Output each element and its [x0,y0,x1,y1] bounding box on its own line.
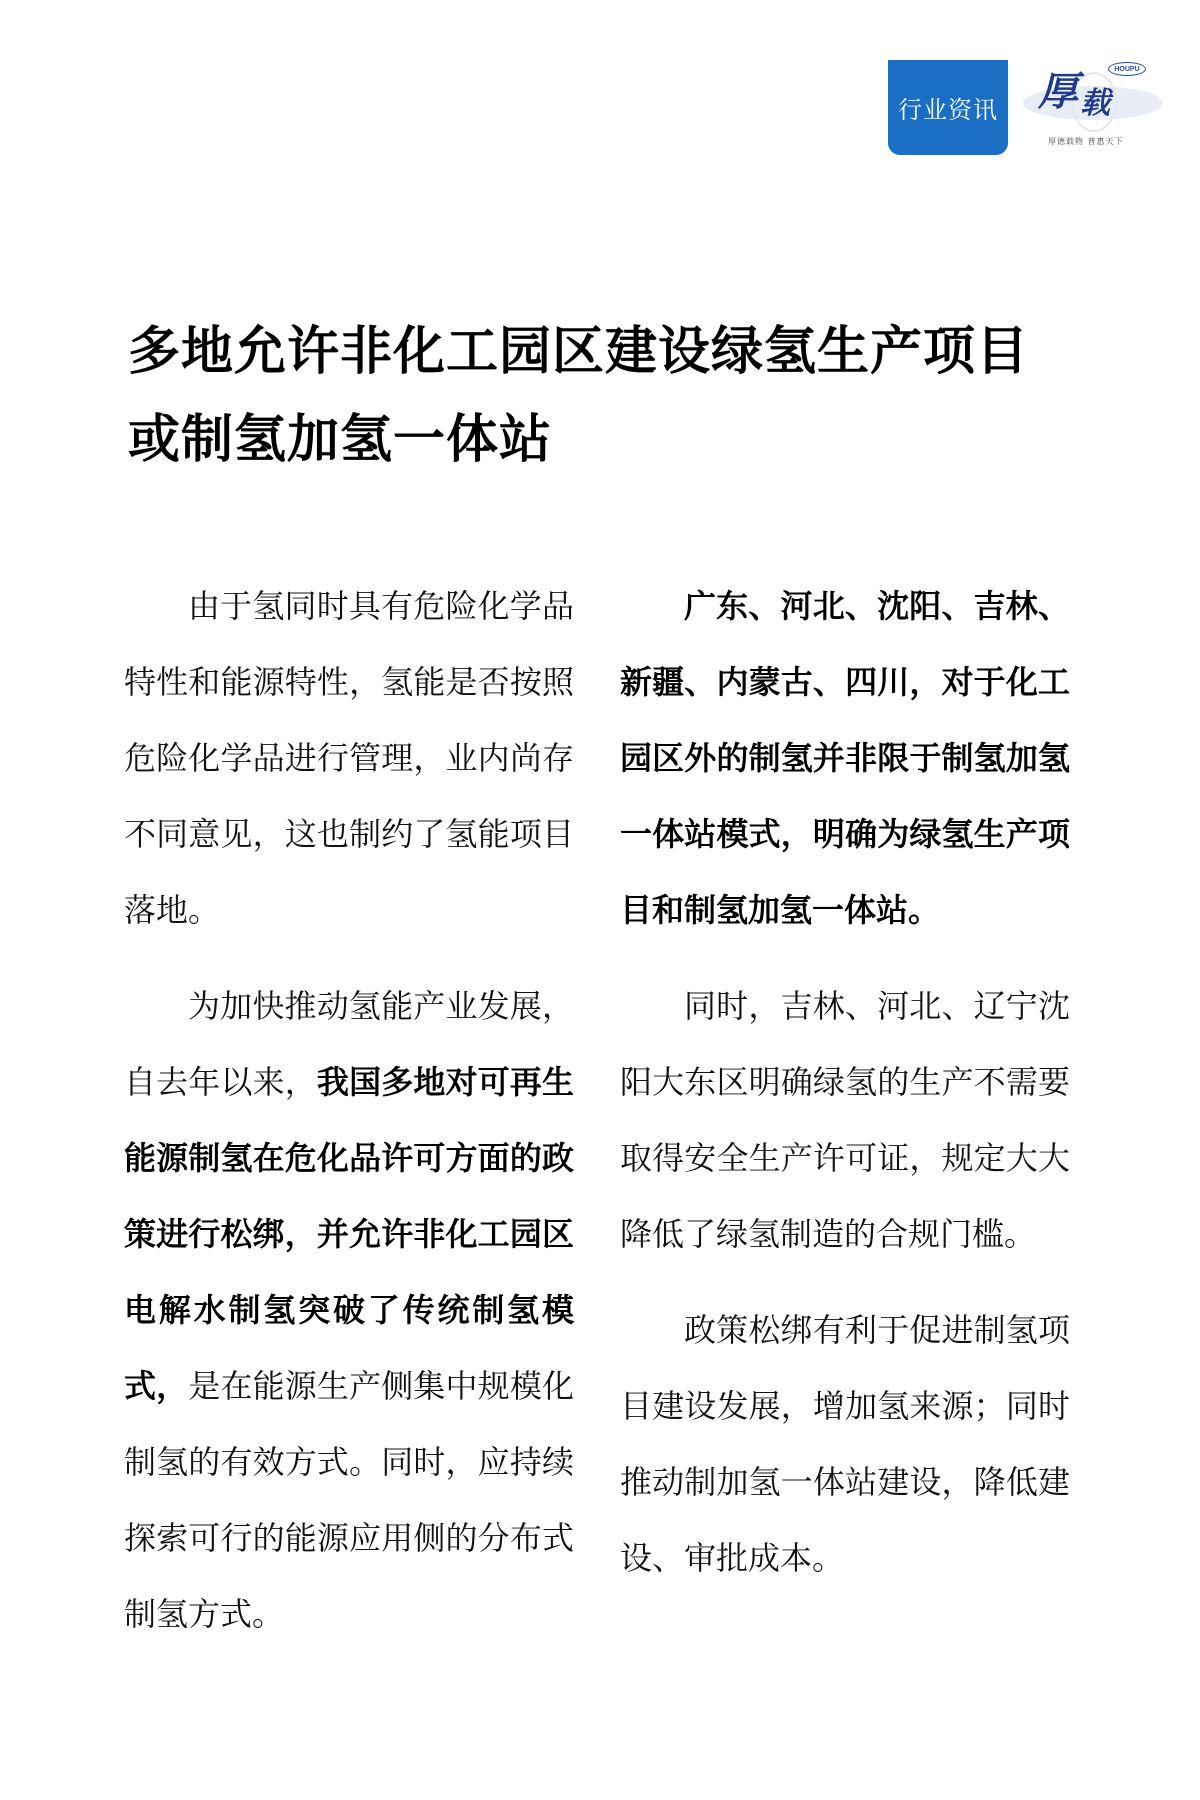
logo-char-1: 厚 [1038,68,1080,115]
logo-wordmark: 厚载 [1038,72,1112,112]
article-right-column: 广东、河北、沈阳、吉林、新疆、内蒙古、四川，对于化工园区外的制氢并非限于制氢加氢… [620,568,1070,1616]
paragraph-5: 政策松绑有利于促进制氢项目建设发展，增加氢来源；同时推动制加氢一体站建设，降低建… [620,1292,1070,1596]
paragraph-3-highlight: 广东、河北、沈阳、吉林、新疆、内蒙古、四川，对于化工园区外的制氢并非限于制氢加氢… [620,587,1070,929]
paragraph-2: 为加快推动氢能产业发展，自去年以来，我国多地对可再生能源制氢在危化品许可方面的政… [124,968,574,1652]
logo-slogan: 厚德载物 普惠天下 [1048,136,1124,147]
article-left-column: 由于氢同时具有危险化学品特性和能源特性，氢能是否按照危险化学品进行管理，业内尚存… [124,568,574,1672]
category-badge-label: 行业资讯 [898,90,998,125]
paragraph-4: 同时，吉林、河北、辽宁沈阳大东区明确绿氢的生产不需要取得安全生产许可证，规定大大… [620,968,1070,1272]
paragraph-1: 由于氢同时具有危险化学品特性和能源特性，氢能是否按照危险化学品进行管理，业内尚存… [124,568,574,948]
page-header: 行业资讯 HOUPU 厚载 厚德载物 普惠天下 [888,60,1168,156]
houpu-emblem-icon: HOUPU [1108,62,1146,76]
category-badge: 行业资讯 [888,60,1008,155]
paragraph-2-rest: 是在能源生产侧集中规模化制氢的有效方式。同时，应持续探索可行的能源应用侧的分布式… [124,1367,574,1633]
company-logo: HOUPU 厚载 厚德载物 普惠天下 [1018,60,1168,156]
logo-char-2: 载 [1080,86,1112,121]
paragraph-2-highlight: 我国多地对可再生能源制氢在危化品许可方面的政策进行松绑，并允许非化工园区电解水制… [124,1063,574,1405]
article-title: 多地允许非化工园区建设绿氢生产项目或制氢加氢一体站 [128,308,1068,484]
paragraph-3: 广东、河北、沈阳、吉林、新疆、内蒙古、四川，对于化工园区外的制氢并非限于制氢加氢… [620,568,1070,948]
